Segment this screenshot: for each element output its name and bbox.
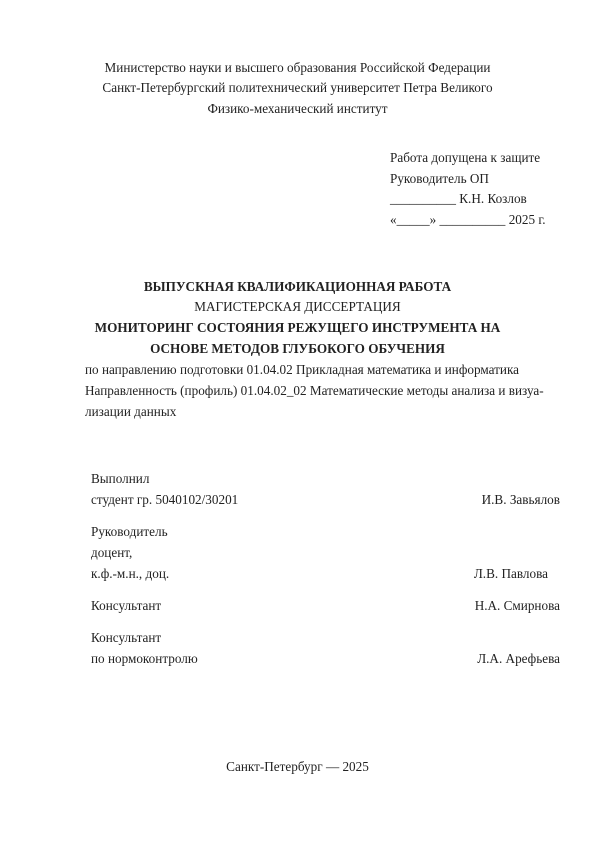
signer-name: Л.А. Арефьева (400, 652, 560, 665)
role-line: Консультант (91, 599, 161, 612)
institute-line: Физико-механический институт (0, 102, 595, 115)
profile-line-2: лизации данных (85, 405, 176, 418)
topic-line-2: ОСНОВЕ МЕТОДОВ ГЛУБОКОГО ОБУЧЕНИЯ (0, 342, 595, 355)
approval-date: «_____» __________ 2025 г. (390, 213, 546, 226)
signer-name: И.В. Завьялов (400, 493, 560, 506)
role-line: Выполнил (91, 472, 149, 485)
approval-admitted: Работа допущена к защите (390, 151, 540, 164)
role-line: к.ф.-м.н., доц. (91, 567, 169, 580)
signer-name: Н.А. Смирнова (400, 599, 560, 612)
role-line: Руководитель (91, 525, 168, 538)
ministry-line: Министерство науки и высшего образования… (0, 61, 595, 74)
role-line: студент гр. 5040102/30201 (91, 493, 238, 506)
approval-head: Руководитель ОП (390, 172, 489, 185)
role-line: по нормоконтролю (91, 652, 198, 665)
degree: МАГИСТЕРСКАЯ ДИССЕРТАЦИЯ (0, 300, 595, 313)
signer-name: Л.В. Павлова (400, 567, 548, 580)
role-line: доцент, (91, 546, 132, 559)
work-type: ВЫПУСКНАЯ КВАЛИФИКАЦИОННАЯ РАБОТА (0, 280, 595, 293)
approval-signature: __________ К.Н. Козлов (390, 192, 527, 205)
city-year: Санкт-Петербург — 2025 (0, 760, 595, 773)
university-line: Санкт-Петербургский политехнический унив… (0, 81, 595, 94)
role-line: Консультант (91, 631, 161, 644)
direction: по направлению подготовки 01.04.02 Прикл… (85, 363, 519, 376)
topic-line-1: МОНИТОРИНГ СОСТОЯНИЯ РЕЖУЩЕГО ИНСТРУМЕНТ… (0, 321, 595, 334)
profile-line-1: Направленность (профиль) 01.04.02_02 Мат… (85, 384, 544, 397)
